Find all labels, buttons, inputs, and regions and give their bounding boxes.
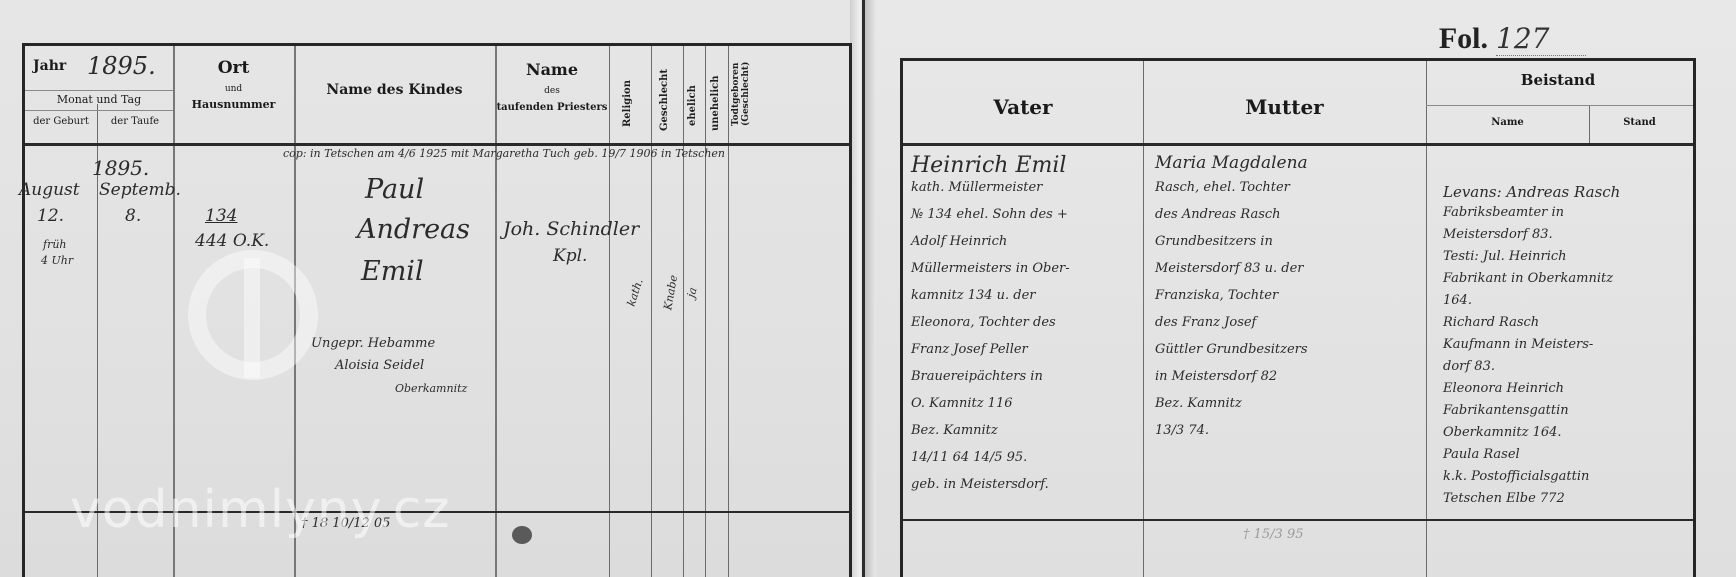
- mother-line: des Andreas Rasch: [1155, 207, 1281, 222]
- godparent-line: Fabrikantensgattin: [1443, 403, 1569, 418]
- priest-des-label: des: [495, 86, 609, 96]
- death-note: † 15/3 95: [1243, 527, 1304, 542]
- father-line: kamnitz 134 u. der: [911, 288, 1036, 303]
- baptizing-priest-label: taufenden Priesters: [495, 102, 609, 113]
- place-label: Ort: [173, 58, 294, 78]
- godparent-line: 164.: [1443, 293, 1472, 308]
- godparent-label: Beistand: [1426, 71, 1690, 89]
- right-register-table: Vater Mutter Beistand Name Stand Heinric…: [900, 58, 1696, 577]
- godparent-name-label: Name: [1426, 117, 1589, 128]
- year-value: 1895.: [87, 52, 156, 80]
- father-line: 14/11 64 14/5 95.: [911, 450, 1027, 465]
- godparent-line: Testi: Jul. Heinrich: [1443, 249, 1567, 264]
- month-day-label: Monat und Tag: [25, 93, 173, 106]
- folio-number: 127: [1496, 22, 1586, 56]
- father-line: Franz Josef Peller: [911, 342, 1028, 357]
- house-number: 134: [205, 206, 237, 226]
- priest-label: Name: [495, 60, 609, 79]
- mother-line: Grundbesitzers in: [1155, 234, 1273, 249]
- godparent-line: Tetschen Elbe 772: [1443, 491, 1565, 506]
- father-line: Brauereipächters in: [911, 369, 1043, 384]
- father-line: kath. Müllermeister: [911, 180, 1042, 195]
- mother-label: Mutter: [1143, 95, 1426, 119]
- illegitimate-label: unehelich: [710, 70, 721, 136]
- legitimate-label: ehelich: [687, 76, 698, 136]
- marriage-note: cop: in Tetschen am 4/6 1925 mit Margare…: [283, 147, 725, 160]
- mother-line: Rasch, ehel. Tochter: [1155, 180, 1290, 195]
- folio: Fol. 127: [1439, 22, 1586, 56]
- godparent-line: Paula Rasel: [1443, 447, 1520, 462]
- priest-name: Joh. Schindler: [503, 218, 639, 240]
- mother-line: in Meistersdorf 82: [1155, 369, 1277, 384]
- father-line: geb. in Meistersdorf.: [911, 477, 1049, 492]
- place-and-label: und: [173, 84, 294, 94]
- father-line: Bez. Kamnitz: [911, 423, 998, 438]
- watermark: vodnimlyny.cz: [70, 480, 451, 540]
- watermark-gear-icon: [188, 250, 318, 380]
- child-first-name: Paul: [365, 174, 424, 205]
- mother-line: des Franz Josef: [1155, 315, 1256, 330]
- mother-line: Meistersdorf 83 u. der: [1155, 261, 1303, 276]
- midwife-place: Oberkamnitz: [395, 382, 467, 395]
- mother-line: Bez. Kamnitz: [1155, 396, 1242, 411]
- godparent-line: Fabrikant in Oberkamnitz: [1443, 271, 1613, 286]
- godparent-line: Eleonora Heinrich: [1443, 381, 1564, 396]
- birth-label: der Geburt: [25, 116, 97, 127]
- father-line: Eleonora, Tochter des: [911, 315, 1056, 330]
- birth-month: August: [19, 180, 80, 200]
- father-line: Adolf Heinrich: [911, 234, 1007, 249]
- stillborn-label: Todtgeboren (Geschlecht): [731, 50, 755, 138]
- legitimate-value: ja: [684, 286, 699, 299]
- place: 444 O.K.: [195, 231, 269, 251]
- child-name-label: Name des Kindes: [294, 82, 495, 98]
- child-second-name: Andreas: [357, 214, 470, 245]
- godparent-line: k.k. Postofficialsgattin: [1443, 469, 1589, 484]
- mother-line: Güttler Grundbesitzers: [1155, 342, 1308, 357]
- baptism-month: Septemb.: [99, 180, 181, 200]
- house-number-label: Hausnummer: [173, 98, 294, 111]
- godparent-line: Oberkamnitz 164.: [1443, 425, 1562, 440]
- birth-time-note-1: früh: [43, 238, 67, 251]
- father-line: Heinrich Emil: [911, 153, 1066, 178]
- baptism-day: 8.: [125, 206, 141, 226]
- godparent-line: Richard Rasch: [1443, 315, 1539, 330]
- priest-title: Kpl.: [553, 246, 587, 266]
- mother-line: Franziska, Tochter: [1155, 288, 1278, 303]
- folio-label: Fol.: [1439, 22, 1488, 56]
- godparent-line: Levans: Andreas Rasch: [1443, 183, 1620, 201]
- sex-value: Knabe: [661, 274, 680, 311]
- godparent-line: dorf 83.: [1443, 359, 1495, 374]
- birth-time-note-2: 4 Uhr: [41, 254, 73, 267]
- book-gutter: [850, 0, 876, 577]
- year-label: Jahr: [33, 58, 66, 74]
- religion-label: Religion: [622, 70, 633, 136]
- father-line: № 134 ehel. Sohn des +: [911, 207, 1068, 222]
- midwife-title: Ungepr. Hebamme: [311, 336, 435, 351]
- mother-line: Maria Magdalena: [1155, 153, 1308, 173]
- entry-year: 1895.: [92, 156, 149, 180]
- ink-blot: [512, 526, 532, 544]
- birth-day: 12.: [37, 206, 64, 226]
- midwife-name: Aloisia Seidel: [335, 358, 424, 373]
- mother-line: 13/3 74.: [1155, 423, 1209, 438]
- baptism-label: der Taufe: [97, 116, 173, 127]
- child-third-name: Emil: [361, 256, 424, 287]
- father-line: O. Kamnitz 116: [911, 396, 1013, 411]
- godparent-line: Kaufmann in Meisters-: [1443, 337, 1593, 352]
- godparent-line: Fabriksbeamter in: [1443, 205, 1564, 220]
- sex-label: Geschlecht: [659, 64, 670, 136]
- religion-value: kath.: [625, 277, 646, 308]
- godparent-line: Meistersdorf 83.: [1443, 227, 1553, 242]
- father-line: Müllermeisters in Ober-: [911, 261, 1070, 276]
- father-label: Vater: [903, 95, 1143, 119]
- godparent-status-label: Stand: [1589, 117, 1690, 128]
